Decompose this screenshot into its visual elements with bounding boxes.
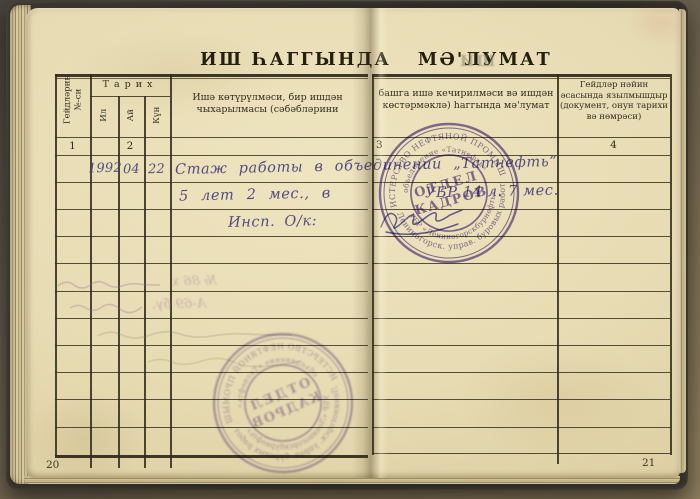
subheader-month: Ай xyxy=(126,95,137,135)
open-pages: ИШ ҺАГГЫНДА МӘ'ЛУМАТ ШИ xyxy=(26,8,680,478)
subheader-year: Ил xyxy=(99,95,110,135)
column-number-1: 1 xyxy=(55,140,90,152)
paper-stain xyxy=(456,338,656,458)
grid-line xyxy=(372,453,670,454)
grid-line xyxy=(670,74,672,455)
column-header-info-left: Ишә көтүрүлмәси, бир ишдән чыхарылмасы (… xyxy=(180,92,355,116)
grid-line xyxy=(55,209,368,210)
header-text: Гейдләрин xyxy=(63,75,73,124)
grid-line xyxy=(55,74,57,456)
grid-line xyxy=(55,182,368,183)
column-number-2: 2 xyxy=(90,140,170,152)
title-left: ИШ ҺАГГЫНДА xyxy=(200,50,391,70)
scanned-workbook-spread: ИШ ҺАГГЫНДА МӘ'ЛУМАТ ШИ xyxy=(0,0,700,499)
grid-line xyxy=(372,291,670,292)
header-text: №-си xyxy=(73,89,83,111)
header-text: әсасында язылмышдыр xyxy=(560,91,667,101)
grid-line xyxy=(55,236,368,237)
grid-line xyxy=(372,372,670,373)
page-number-right: 21 xyxy=(642,457,655,469)
page-number-left: 20 xyxy=(46,459,59,471)
grid-line xyxy=(372,399,670,400)
title-bleedthrough: ШИ xyxy=(458,52,495,70)
page-title: ИШ ҺАГГЫНДА МӘ'ЛУМАТ xyxy=(146,50,606,70)
bleedthrough-text: № 86 х xyxy=(172,273,217,289)
grid-line xyxy=(372,78,670,79)
grid-line xyxy=(55,137,368,138)
bleedthrough-squiggle xyxy=(56,277,164,291)
entry-day: 22 xyxy=(148,162,170,177)
grid-line xyxy=(55,155,368,156)
grid-line xyxy=(557,74,559,464)
column-header-record-no: Гейдләрин №-си xyxy=(63,62,84,138)
header-text: Гейдләр нәйин xyxy=(580,80,649,90)
column-number-4: 4 xyxy=(557,139,670,151)
header-text: (документ, онун тарихи xyxy=(560,101,668,111)
grid-line xyxy=(372,318,670,319)
bleedthrough-text: А-69 бү. xyxy=(152,296,207,312)
grid-line xyxy=(55,291,368,292)
grid-line xyxy=(372,345,670,346)
personnel-dept-stamp: МИНИСТЕРСТВО НЕФТЯНОЙ ПРОМЫШЛЕН. Лениног… xyxy=(364,108,534,278)
header-text: Ишә көтүрүлмәси, бир ишдән xyxy=(192,92,342,103)
header-text: чыхарылмасы (сәбәбләрини xyxy=(197,104,339,115)
grid-line xyxy=(55,74,368,77)
grid-line xyxy=(372,427,670,428)
grid-line xyxy=(372,74,670,77)
entry-month: 04 xyxy=(123,162,145,177)
column-header-date: Тарих xyxy=(90,79,170,91)
page-edge-stack-right xyxy=(679,9,686,473)
grid-line xyxy=(55,263,368,264)
header-text: вә нөмрәси) xyxy=(587,112,642,122)
paper-stain xyxy=(26,388,146,488)
column-header-basis: Гейдләр нәйин әсасында язылмышдыр (докум… xyxy=(559,80,669,122)
entry-line3: Инсп. О/к: xyxy=(228,213,318,231)
subheader-day: Күн xyxy=(152,95,163,135)
grid-line xyxy=(90,74,92,468)
bleedthrough-squiggle xyxy=(68,300,146,314)
header-text: башга ишә кечирилмәси вә ишдән xyxy=(379,88,554,99)
personnel-dept-stamp-mirrored: МИНИСТЕРСТВО НЕФТЯНОЙ ПРОМЫШЛЕН. Лениног… xyxy=(181,301,385,499)
entry-line2-left: 5 лет 2 мес., в xyxy=(179,185,331,204)
entry-year: 1992 xyxy=(88,161,124,177)
grid-line xyxy=(170,74,172,468)
